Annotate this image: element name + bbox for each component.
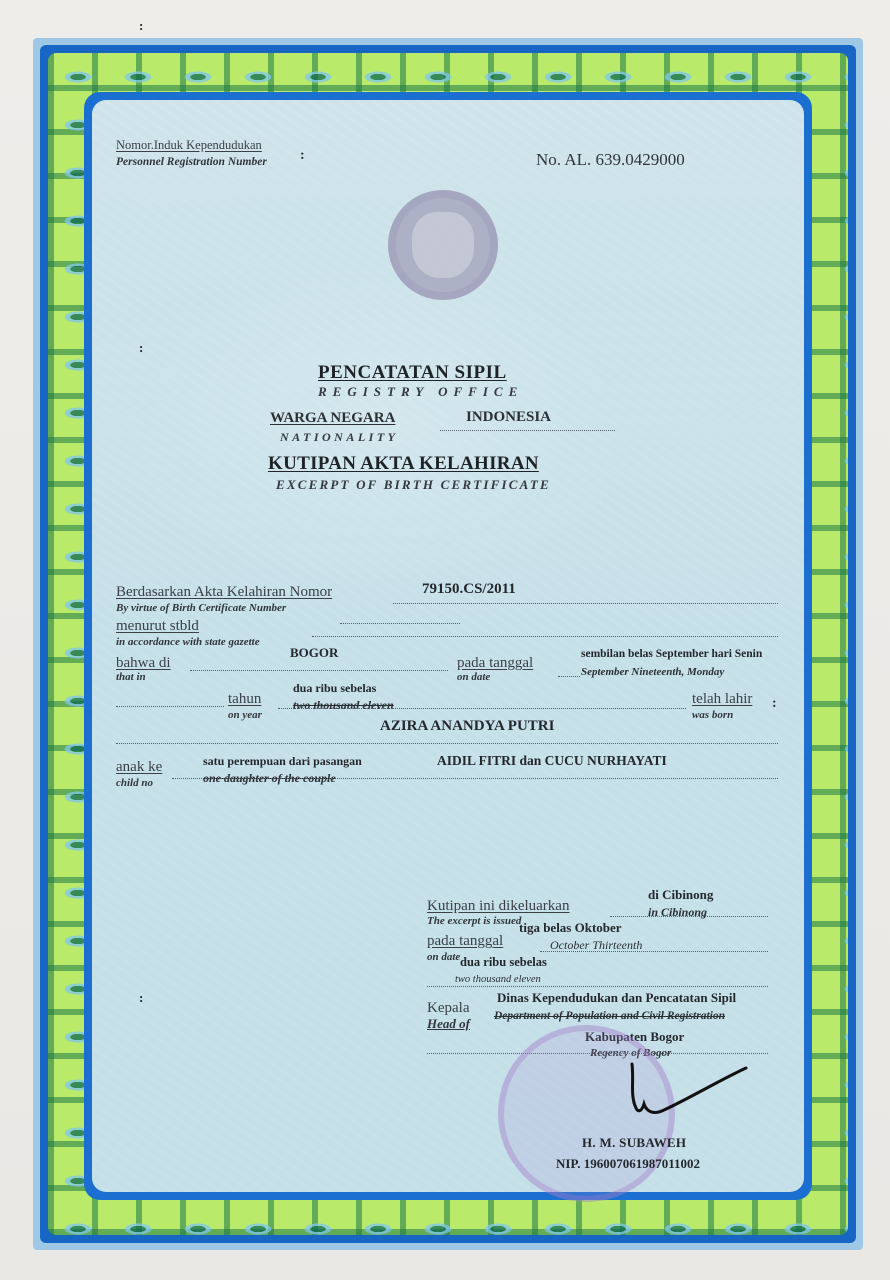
head-label-en: Head of — [427, 1016, 470, 1032]
issued-place: di Cibinong — [648, 887, 713, 903]
year-label: tahun — [228, 691, 261, 708]
issued-date: tiga belas Oktober — [519, 920, 622, 936]
born-label-en: was born — [692, 709, 733, 721]
department-en: Department of Population and Civil Regis… — [494, 1010, 725, 1022]
year-value: dua ribu sebelas — [293, 681, 376, 696]
date-value-en: September Nineteenth, Monday — [581, 666, 724, 678]
stbld-label: menurut stbld — [116, 618, 199, 635]
office-title-en: REGISTRY OFFICE — [318, 384, 523, 400]
nationality-label: WARGA NEGARA — [270, 410, 395, 427]
stbld-label-en: in accordance with state gazette — [116, 636, 260, 648]
document-title: KUTIPAN AKTA KELAHIRAN — [268, 453, 539, 475]
issued-year-dots — [427, 986, 768, 987]
place-label: bahwa di — [116, 655, 171, 672]
issued-label-en: The excerpt is issued — [427, 915, 521, 927]
date-dots — [558, 676, 580, 677]
nik-label: Nomor.Induk Kependudukan — [116, 138, 262, 153]
issued-label: Kutipan ini dikeluarkan — [427, 898, 569, 915]
cert-number-label-en: By virtue of Birth Certificate Number — [116, 602, 286, 614]
document-title-en: EXCERPT OF BIRTH CERTIFICATE — [276, 477, 551, 493]
born-label: telah lahir — [692, 691, 752, 708]
issued-place-en: in Cibinong — [648, 905, 707, 920]
child-no-value: satu perempuan dari pasangan — [203, 754, 362, 769]
child-no-dots — [172, 778, 778, 779]
nationality-value: INDONESIA — [466, 409, 551, 426]
official-nip: NIP. 196007061987011002 — [556, 1156, 700, 1172]
year-value-en: two thousand eleven — [293, 698, 394, 713]
stbld-short-dots — [340, 623, 460, 624]
head-label: Kepala — [427, 1000, 469, 1017]
nik-colon: : — [300, 148, 305, 164]
year-pre-dots — [116, 706, 224, 707]
official-name: H. M. SUBAWEH — [582, 1135, 686, 1151]
child-name: AZIRA ANANDYA PUTRI — [380, 718, 554, 735]
date-value: sembilan belas September hari Senin — [581, 648, 762, 660]
serial-number: No. AL. 639.0429000 — [536, 150, 685, 170]
nationality-label-en: NATIONALITY — [280, 430, 399, 445]
date-label: pada tanggal — [457, 655, 533, 672]
nationality-dots — [440, 430, 615, 431]
issued-date-label-en: on date — [427, 951, 460, 963]
punch-mark: : — [139, 18, 143, 34]
nik-label-en: Personnel Registration Number — [116, 156, 267, 168]
child-no-label-en: child no — [116, 777, 153, 789]
place-label-en: that in — [116, 671, 146, 683]
parents-names: AIDIL FITRI dan CUCU NURHAYATI — [437, 753, 667, 769]
born-colon: : — [772, 696, 777, 712]
issued-date-dots — [540, 951, 768, 952]
punch-mark: : — [139, 340, 143, 356]
stbld-dots — [312, 636, 778, 637]
place-value: BOGOR — [290, 645, 338, 661]
office-title: PENCATATAN SIPIL — [318, 362, 507, 384]
cert-number-dots — [393, 603, 778, 604]
garuda-seal-icon — [388, 190, 498, 300]
child-name-dots — [116, 743, 778, 744]
punch-mark: : — [139, 990, 143, 1006]
issued-place-dots — [610, 916, 768, 917]
cert-number-value: 79150.CS/2011 — [422, 581, 516, 598]
cert-number-label: Berdasarkan Akta Kelahiran Nomor — [116, 584, 332, 601]
date-label-en: on date — [457, 671, 490, 683]
signature-icon — [620, 1058, 750, 1118]
year-label-en: on year — [228, 709, 262, 721]
child-no-label: anak ke — [116, 759, 162, 776]
year-dots — [278, 708, 686, 709]
issued-date-label: pada tanggal — [427, 933, 503, 950]
department: Dinas Kependudukan dan Pencatatan Sipil — [497, 990, 736, 1006]
issued-year: dua ribu sebelas — [460, 955, 547, 970]
issued-year-en: two thousand eleven — [455, 974, 541, 985]
place-dots — [190, 670, 448, 671]
